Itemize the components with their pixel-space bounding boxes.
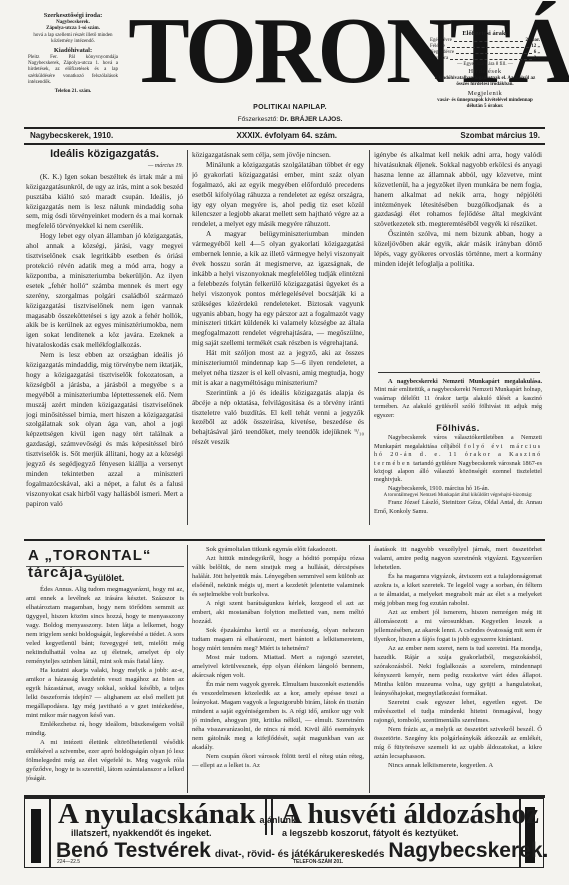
ad-ref-no: 224—22.5 (57, 859, 80, 865)
paragraph: Hát mit szóljon most az a jegyző, aki az… (192, 348, 364, 388)
appears-text: vasár- és ünnepnapok kivételével mindenn… (430, 98, 540, 110)
ad-left-sub: illatszert, nyakkendőt és ingeket. (71, 828, 212, 838)
dateline-volume: XXXIX. évfolyam 64. szám. (237, 131, 338, 140)
office-note: hová a lap szellemi részét illető minden… (28, 33, 118, 46)
publisher-text: Pleitz Fer. Pál könyvnyomdája Nagybecske… (28, 55, 118, 87)
ad-left-headline: A nyulacskának ajánlunk (58, 799, 296, 829)
masthead-rule-top (24, 127, 545, 129)
publisher-heading: Kiadóhivatal: (28, 47, 118, 55)
paragraph: Szeretni csak egyszer lehet, egyetlen eg… (374, 698, 542, 725)
masthead-left-info: Szerkesztőségi iroda: Nagybecskerek. Záp… (28, 12, 118, 95)
dateline-date: Szombat március 19. (460, 131, 540, 140)
ad-right-headline: A husvéti áldozáshoz (281, 799, 539, 829)
feuilleton-title: Gyülölet. (26, 574, 184, 583)
column-divider (369, 545, 370, 793)
lead-article-col1: Ideális közigazgatás. — március 19. (K. … (26, 148, 183, 526)
notice-signatures: Franz József László, Steinitzer Géza, Ol… (374, 499, 542, 516)
section-rule (24, 539, 545, 541)
feuilleton-col3: ásatások itt nagyobb veszélylyel járnak,… (374, 545, 542, 793)
paragraph: Hogy lebet egy olyan államban jó közigaz… (26, 231, 183, 350)
masthead-center: TORONTÁL POLITIKAI NAPILAP. Főszerkesztő… (125, 8, 455, 123)
paragraph: Most már tudom. Miattad. Mert a rajongó … (192, 653, 364, 680)
ad-inner-divider (49, 799, 51, 867)
notice-date: Nagybecskerek, 1910. március hó 16-án. (374, 485, 542, 493)
section-divider (378, 372, 540, 373)
feuilleton-col1: Gyülölet. Édes Annus. Alig tudom megmagy… (26, 570, 184, 792)
feuilleton-col2: Sok gyámoltalan titkunk egymás előtt fak… (192, 545, 364, 793)
paragraph: Nincs annak lelkiismerete, kegyetlen. A (374, 761, 542, 770)
ads-heading: Hirdetések (430, 68, 540, 76)
paragraph: Azt az embert jól ismerem, hiszen nemrég… (374, 608, 542, 644)
advertisement: A nyulacskának ajánlunk illatszert, nyak… (24, 798, 544, 868)
paragraph: Nem is lesz ebben az országban ideális j… (26, 350, 183, 509)
masthead-rule-bottom (24, 143, 545, 145)
paragraph: ásatások itt nagyobb veszélylyel járnak,… (374, 545, 542, 572)
column-divider (187, 545, 188, 793)
ads-text: a kiadóhivatalban fogadtatnak el. Azonki… (430, 76, 540, 88)
column-divider (187, 150, 188, 525)
paragraph: A magyar belügyminiszteriumban minden vá… (192, 229, 364, 348)
paragraph: Ha kutatni akarja valaki, hogy melyik a … (26, 666, 184, 720)
lead-article-col3: igénybe és alkalmat kell nekik adni arra… (374, 150, 542, 268)
editor-line: Főszerkesztő: Dr. BRÁJER LAJOS. (125, 116, 455, 123)
lead-article-title: Ideális közigazgatás. (26, 150, 183, 160)
paragraph: Édes Annus. Alig tudom megmagyarázni, ho… (26, 585, 184, 666)
appears-heading: Megjelenik (430, 90, 540, 98)
ad-phone: TELEFON-SZÁM 201. (293, 859, 343, 865)
newspaper-title: TORONTÁL (128, 8, 451, 94)
paragraph: Nem frázis az, a melyik az összetört szi… (374, 725, 542, 761)
prices-heading: Előfizetési árak: (430, 30, 540, 38)
ad-right-sub: a legszebb koszorut, fátyolt és keztyüke… (282, 828, 459, 838)
paragraph: A régi szent barátságunkra kérlek, kezge… (192, 599, 364, 626)
paragraph: Nem csupán ókori városok fölött terül el… (192, 752, 364, 770)
editor-name: Dr. BRÁJER LAJOS. (280, 116, 343, 123)
paragraph: Szerintünk a jó és ideális közigazgatás … (192, 388, 364, 447)
column-divider (369, 150, 370, 525)
editor-label: Főszerkesztő: (238, 116, 278, 123)
lead-article-col2: közigazgatásnak sem célja, sem jövője ni… (192, 150, 364, 526)
notice-lead: A nagybecskereki Nemzeti Munkapárt megal… (388, 378, 542, 385)
phone-number: Telefon 21. szám. (28, 89, 118, 95)
dateline: Nagybecskerek, 1910. XXXIX. évfolyam 64.… (30, 131, 540, 140)
newspaper-subtitle: POLITIKAI NAPILAP. (125, 104, 455, 111)
paragraph: Sok gyámoltalan titkunk egymás előtt fak… (192, 545, 364, 554)
lead-article-dateline: — március 19. (26, 162, 183, 172)
paragraph: És ha magamra vigyázok, átviszem ezt a t… (374, 572, 542, 608)
ad-left-bar (31, 809, 41, 863)
paragraph: Sok éjszakámba kerül ez a merészség, oly… (192, 626, 364, 653)
ad-left-big: A nyulacskának (58, 798, 255, 830)
notice-heading: Fölhivás. (374, 424, 542, 432)
paragraph: Őszintén szólva, mi nem bizunk abban, ho… (374, 229, 542, 268)
paragraph: Én már nem vagyok gyerek. Elmultam huszo… (192, 680, 364, 752)
paragraph: Azt hittük mindegyikről, hogy a hóditó p… (192, 554, 364, 599)
office-heading: Szerkesztőségi iroda: (28, 12, 118, 20)
masthead-right-info: Előfizetési árak: Egész évre24 kor. Félé… (430, 30, 540, 110)
paragraph: igénybe és alkalmat kell nekik adni arra… (374, 150, 542, 229)
paragraph: Emlékezhetsz rá, hogy ideálom, büszkeség… (26, 720, 184, 738)
paragraph: (K. K.) Igen sokan beszéltek és irtak má… (26, 172, 183, 231)
paragraph: Minálunk a közigazgatás szolgálatában tö… (192, 160, 364, 229)
dateline-place-year: Nagybecskerek, 1910. (30, 131, 113, 140)
feuilleton-title-rule (26, 566, 184, 567)
party-notice: A nagybecskereki Nemzeti Munkapárt megal… (374, 378, 542, 526)
notice-body: Mint már emlitettük, a nagybecskereki Ne… (374, 386, 542, 418)
paragraph: közigazgatásnak sem célja, sem jövője ni… (192, 150, 364, 160)
ad-city: Nagybecskerek. (388, 839, 548, 862)
paragraph: A mi intézeti életünk eltörölhetetlenül … (26, 738, 184, 783)
paragraph: Az az ember nem szeret, nem is tud szere… (374, 644, 542, 698)
